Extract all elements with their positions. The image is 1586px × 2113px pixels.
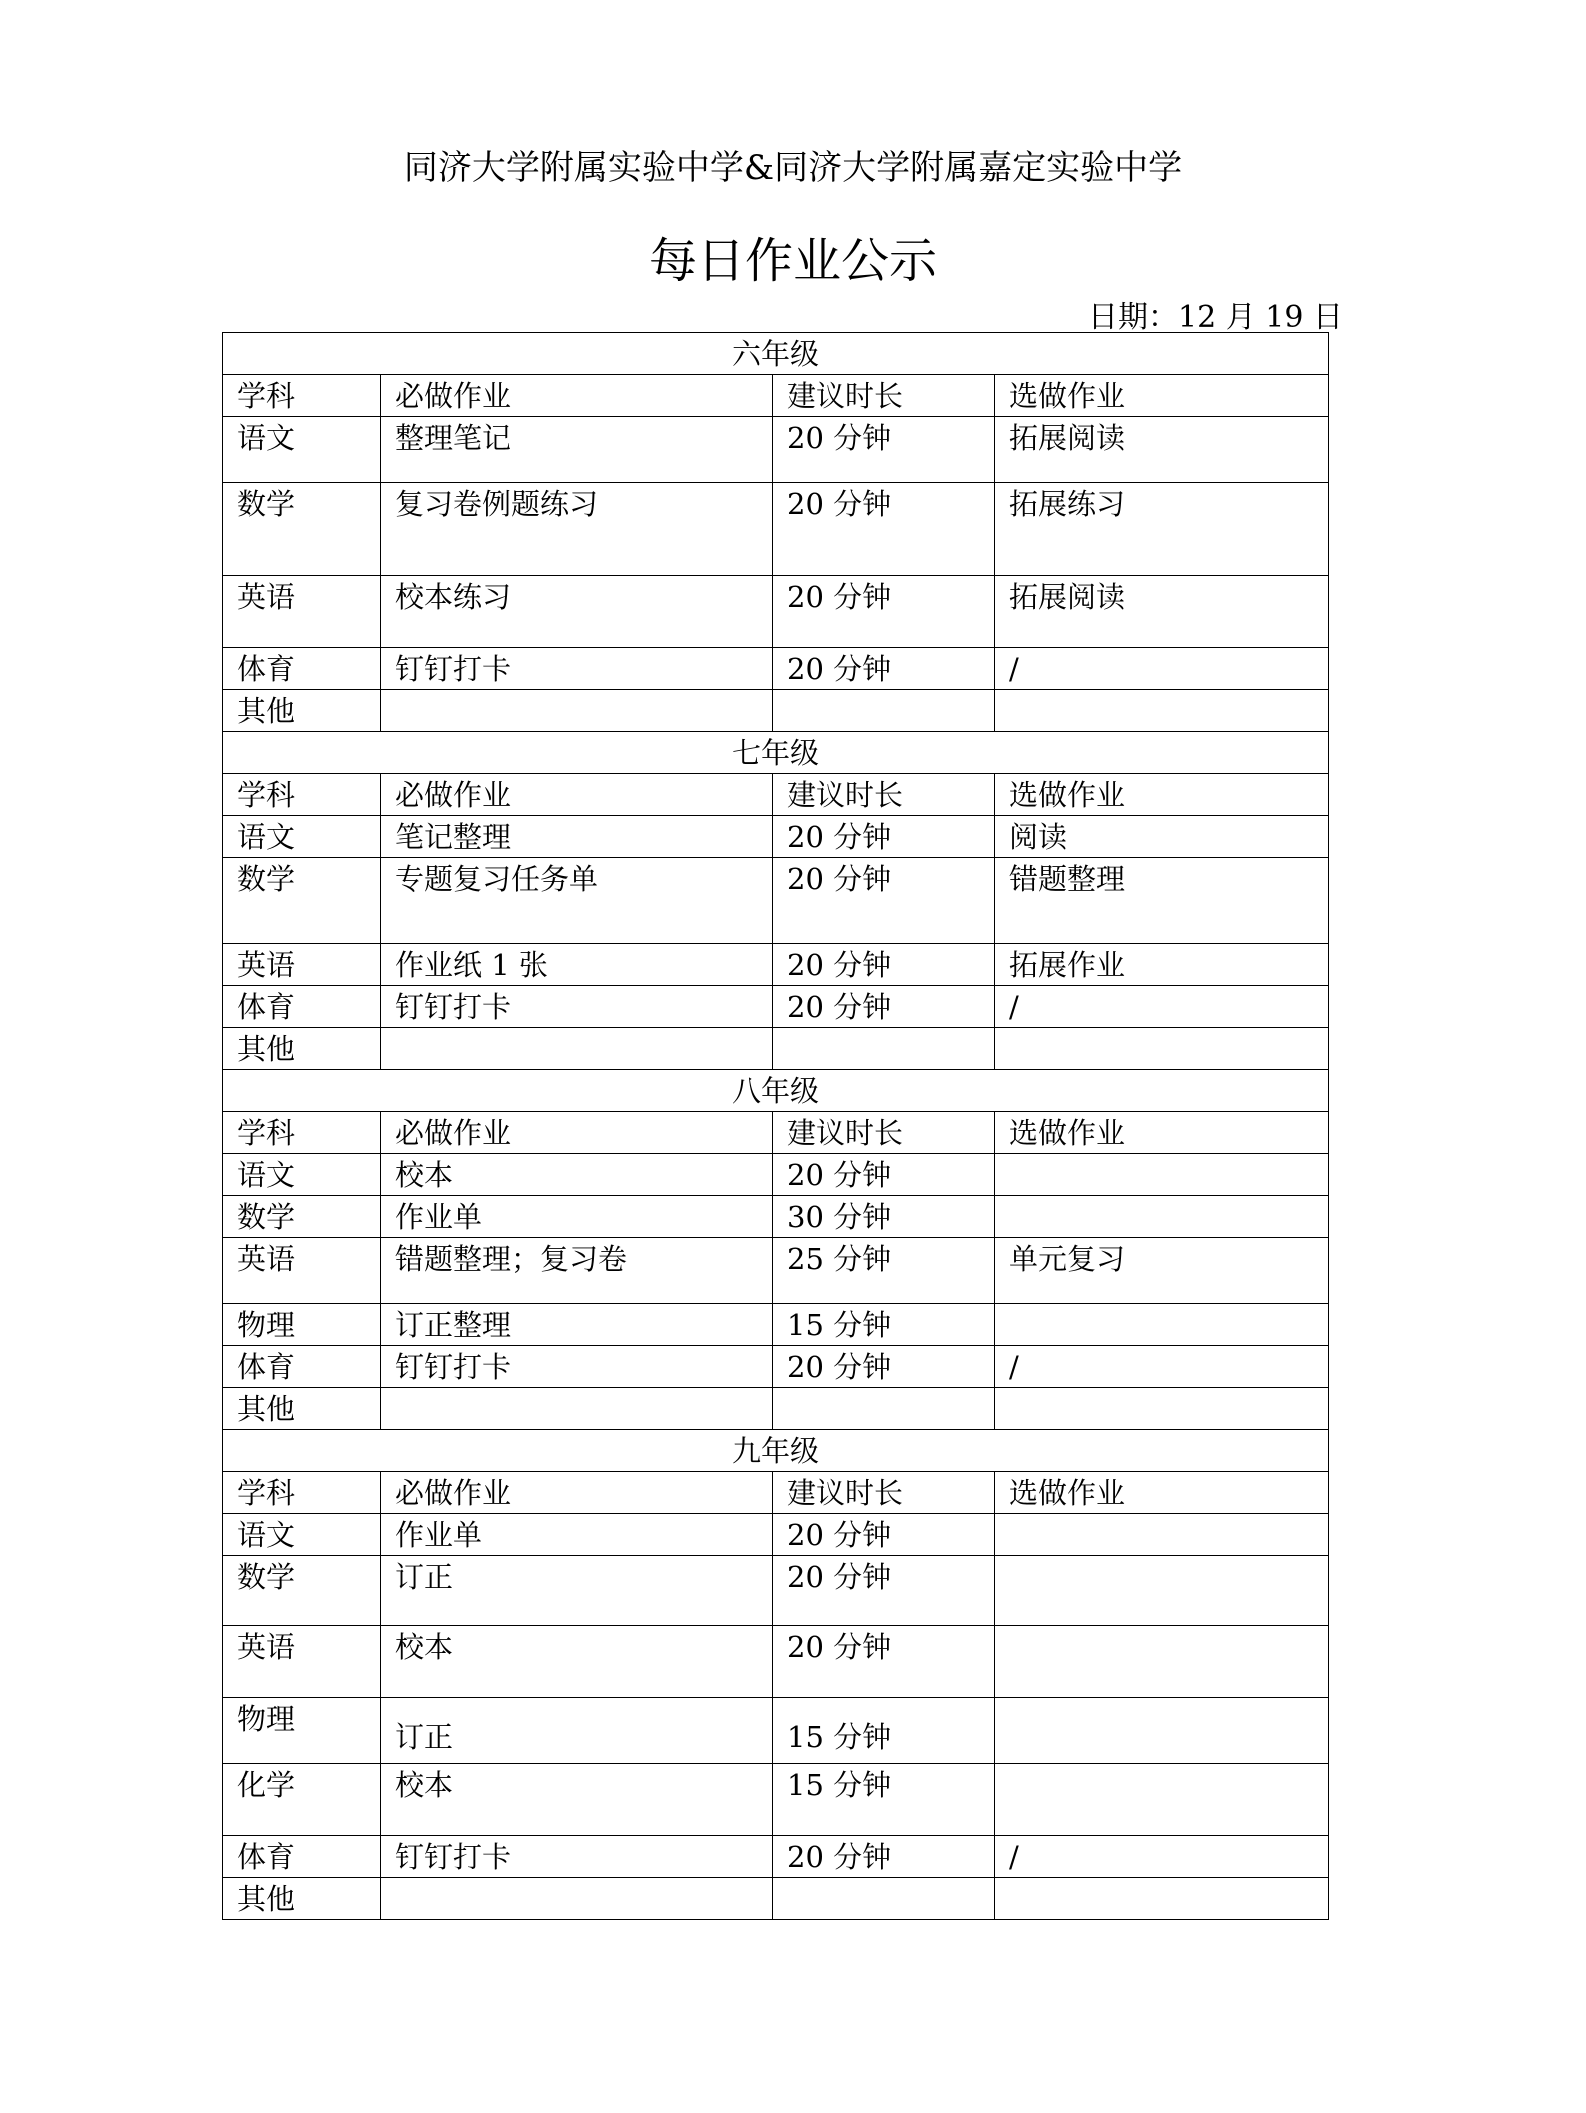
table-row: 其他	[223, 1028, 1329, 1070]
column-header-subject: 学科	[223, 1472, 381, 1514]
cell-optional	[995, 1388, 1329, 1430]
cell-required: 作业单	[381, 1196, 773, 1238]
table-row: 体育钉钉打卡20 分钟/	[223, 1836, 1329, 1878]
cell-optional: 错题整理	[995, 858, 1329, 944]
cell-subject: 数学	[223, 1556, 381, 1626]
table-row: 其他	[223, 690, 1329, 732]
grade-header-row: 六年级	[223, 333, 1329, 375]
table-row: 化学校本15 分钟	[223, 1764, 1329, 1836]
cell-subject: 其他	[223, 1878, 381, 1920]
column-header-row: 学科必做作业建议时长选做作业	[223, 1472, 1329, 1514]
table-row: 体育钉钉打卡20 分钟/	[223, 986, 1329, 1028]
cell-optional: /	[995, 648, 1329, 690]
table-row: 英语校本20 分钟	[223, 1626, 1329, 1698]
column-header-required: 必做作业	[381, 1472, 773, 1514]
cell-subject: 语文	[223, 1154, 381, 1196]
cell-required: 作业单	[381, 1514, 773, 1556]
column-header-required: 必做作业	[381, 375, 773, 417]
column-header-row: 学科必做作业建议时长选做作业	[223, 1112, 1329, 1154]
cell-optional: /	[995, 1346, 1329, 1388]
cell-optional: 拓展阅读	[995, 576, 1329, 648]
homework-table: 六年级学科必做作业建议时长选做作业语文整理笔记20 分钟拓展阅读数学复习卷例题练…	[222, 332, 1329, 1920]
cell-required: 钉钉打卡	[381, 1346, 773, 1388]
cell-optional	[995, 1764, 1329, 1836]
school-name: 同济大学附属实验中学&同济大学附属嘉定实验中学	[0, 140, 1586, 189]
column-header-duration: 建议时长	[773, 1472, 995, 1514]
column-header-required: 必做作业	[381, 1112, 773, 1154]
grade-title: 七年级	[223, 732, 1329, 774]
cell-duration	[773, 1878, 995, 1920]
cell-required: 钉钉打卡	[381, 648, 773, 690]
cell-required: 订正整理	[381, 1304, 773, 1346]
column-header-row: 学科必做作业建议时长选做作业	[223, 375, 1329, 417]
cell-subject: 其他	[223, 690, 381, 732]
cell-required: 错题整理；复习卷	[381, 1238, 773, 1304]
cell-subject: 其他	[223, 1388, 381, 1430]
column-header-required: 必做作业	[381, 774, 773, 816]
cell-optional	[995, 690, 1329, 732]
cell-required	[381, 1028, 773, 1070]
cell-subject: 体育	[223, 1836, 381, 1878]
cell-optional	[995, 1154, 1329, 1196]
grade-title: 九年级	[223, 1430, 1329, 1472]
cell-duration: 20 分钟	[773, 1346, 995, 1388]
table-row: 英语作业纸 1 张20 分钟拓展作业	[223, 944, 1329, 986]
cell-required: 校本	[381, 1764, 773, 1836]
table-row: 体育钉钉打卡20 分钟/	[223, 1346, 1329, 1388]
column-header-optional: 选做作业	[995, 774, 1329, 816]
cell-optional: 拓展阅读	[995, 417, 1329, 483]
cell-optional	[995, 1556, 1329, 1626]
cell-duration: 20 分钟	[773, 858, 995, 944]
cell-subject: 英语	[223, 576, 381, 648]
cell-required: 作业纸 1 张	[381, 944, 773, 986]
cell-duration: 20 分钟	[773, 816, 995, 858]
cell-required: 订正	[381, 1698, 773, 1764]
cell-optional	[995, 1626, 1329, 1698]
cell-duration: 20 分钟	[773, 483, 995, 576]
cell-optional	[995, 1878, 1329, 1920]
table-row: 其他	[223, 1878, 1329, 1920]
cell-duration: 20 分钟	[773, 648, 995, 690]
table-row: 物理订正15 分钟	[223, 1698, 1329, 1764]
cell-optional	[995, 1028, 1329, 1070]
cell-duration: 20 分钟	[773, 1836, 995, 1878]
cell-required: 钉钉打卡	[381, 1836, 773, 1878]
cell-required: 钉钉打卡	[381, 986, 773, 1028]
cell-optional: 拓展作业	[995, 944, 1329, 986]
cell-duration: 20 分钟	[773, 417, 995, 483]
table-row: 物理订正整理15 分钟	[223, 1304, 1329, 1346]
table-row: 数学订正20 分钟	[223, 1556, 1329, 1626]
cell-subject: 物理	[223, 1698, 381, 1764]
cell-optional	[995, 1698, 1329, 1764]
cell-duration: 20 分钟	[773, 944, 995, 986]
date-label: 日期：12 月 19 日	[1088, 292, 1343, 336]
cell-subject: 语文	[223, 1514, 381, 1556]
table-row: 语文校本20 分钟	[223, 1154, 1329, 1196]
cell-subject: 体育	[223, 1346, 381, 1388]
cell-subject: 数学	[223, 483, 381, 576]
cell-duration	[773, 1388, 995, 1430]
column-header-optional: 选做作业	[995, 375, 1329, 417]
cell-subject: 语文	[223, 816, 381, 858]
column-header-duration: 建议时长	[773, 1112, 995, 1154]
cell-required: 专题复习任务单	[381, 858, 773, 944]
column-header-duration: 建议时长	[773, 774, 995, 816]
cell-subject: 英语	[223, 944, 381, 986]
table-row: 数学专题复习任务单20 分钟错题整理	[223, 858, 1329, 944]
cell-duration: 20 分钟	[773, 1154, 995, 1196]
cell-optional: /	[995, 986, 1329, 1028]
cell-subject: 英语	[223, 1238, 381, 1304]
cell-duration: 20 分钟	[773, 576, 995, 648]
cell-duration: 15 分钟	[773, 1698, 995, 1764]
table-row: 体育钉钉打卡20 分钟/	[223, 648, 1329, 690]
cell-duration: 25 分钟	[773, 1238, 995, 1304]
column-header-subject: 学科	[223, 375, 381, 417]
cell-subject: 数学	[223, 858, 381, 944]
column-header-row: 学科必做作业建议时长选做作业	[223, 774, 1329, 816]
table-row: 其他	[223, 1388, 1329, 1430]
table-row: 英语校本练习20 分钟拓展阅读	[223, 576, 1329, 648]
cell-subject: 英语	[223, 1626, 381, 1698]
table-row: 语文笔记整理20 分钟阅读	[223, 816, 1329, 858]
grade-header-row: 九年级	[223, 1430, 1329, 1472]
cell-duration: 20 分钟	[773, 1514, 995, 1556]
grade-title: 六年级	[223, 333, 1329, 375]
cell-duration: 20 分钟	[773, 1626, 995, 1698]
cell-required: 校本	[381, 1626, 773, 1698]
cell-optional	[995, 1304, 1329, 1346]
column-header-optional: 选做作业	[995, 1472, 1329, 1514]
cell-duration	[773, 1028, 995, 1070]
cell-required	[381, 1388, 773, 1430]
cell-duration: 15 分钟	[773, 1304, 995, 1346]
column-header-duration: 建议时长	[773, 375, 995, 417]
cell-required	[381, 690, 773, 732]
cell-required: 复习卷例题练习	[381, 483, 773, 576]
table-row: 数学复习卷例题练习20 分钟拓展练习	[223, 483, 1329, 576]
grade-header-row: 七年级	[223, 732, 1329, 774]
table-row: 语文整理笔记20 分钟拓展阅读	[223, 417, 1329, 483]
cell-required: 整理笔记	[381, 417, 773, 483]
cell-required: 校本	[381, 1154, 773, 1196]
cell-duration: 30 分钟	[773, 1196, 995, 1238]
column-header-subject: 学科	[223, 1112, 381, 1154]
cell-required: 笔记整理	[381, 816, 773, 858]
cell-optional: 阅读	[995, 816, 1329, 858]
cell-required: 订正	[381, 1556, 773, 1626]
cell-subject: 物理	[223, 1304, 381, 1346]
cell-subject: 化学	[223, 1764, 381, 1836]
cell-duration: 15 分钟	[773, 1764, 995, 1836]
cell-optional	[995, 1514, 1329, 1556]
cell-subject: 体育	[223, 648, 381, 690]
cell-duration	[773, 690, 995, 732]
column-header-optional: 选做作业	[995, 1112, 1329, 1154]
cell-subject: 其他	[223, 1028, 381, 1070]
cell-duration: 20 分钟	[773, 1556, 995, 1626]
cell-duration: 20 分钟	[773, 986, 995, 1028]
cell-subject: 语文	[223, 417, 381, 483]
grade-header-row: 八年级	[223, 1070, 1329, 1112]
cell-required	[381, 1878, 773, 1920]
cell-optional: /	[995, 1836, 1329, 1878]
cell-subject: 体育	[223, 986, 381, 1028]
cell-optional	[995, 1196, 1329, 1238]
cell-optional: 单元复习	[995, 1238, 1329, 1304]
cell-subject: 数学	[223, 1196, 381, 1238]
page-title: 每日作业公示	[0, 222, 1586, 291]
table-row: 英语错题整理；复习卷25 分钟单元复习	[223, 1238, 1329, 1304]
column-header-subject: 学科	[223, 774, 381, 816]
grade-title: 八年级	[223, 1070, 1329, 1112]
cell-required: 校本练习	[381, 576, 773, 648]
cell-optional: 拓展练习	[995, 483, 1329, 576]
table-row: 语文作业单20 分钟	[223, 1514, 1329, 1556]
table-row: 数学作业单30 分钟	[223, 1196, 1329, 1238]
